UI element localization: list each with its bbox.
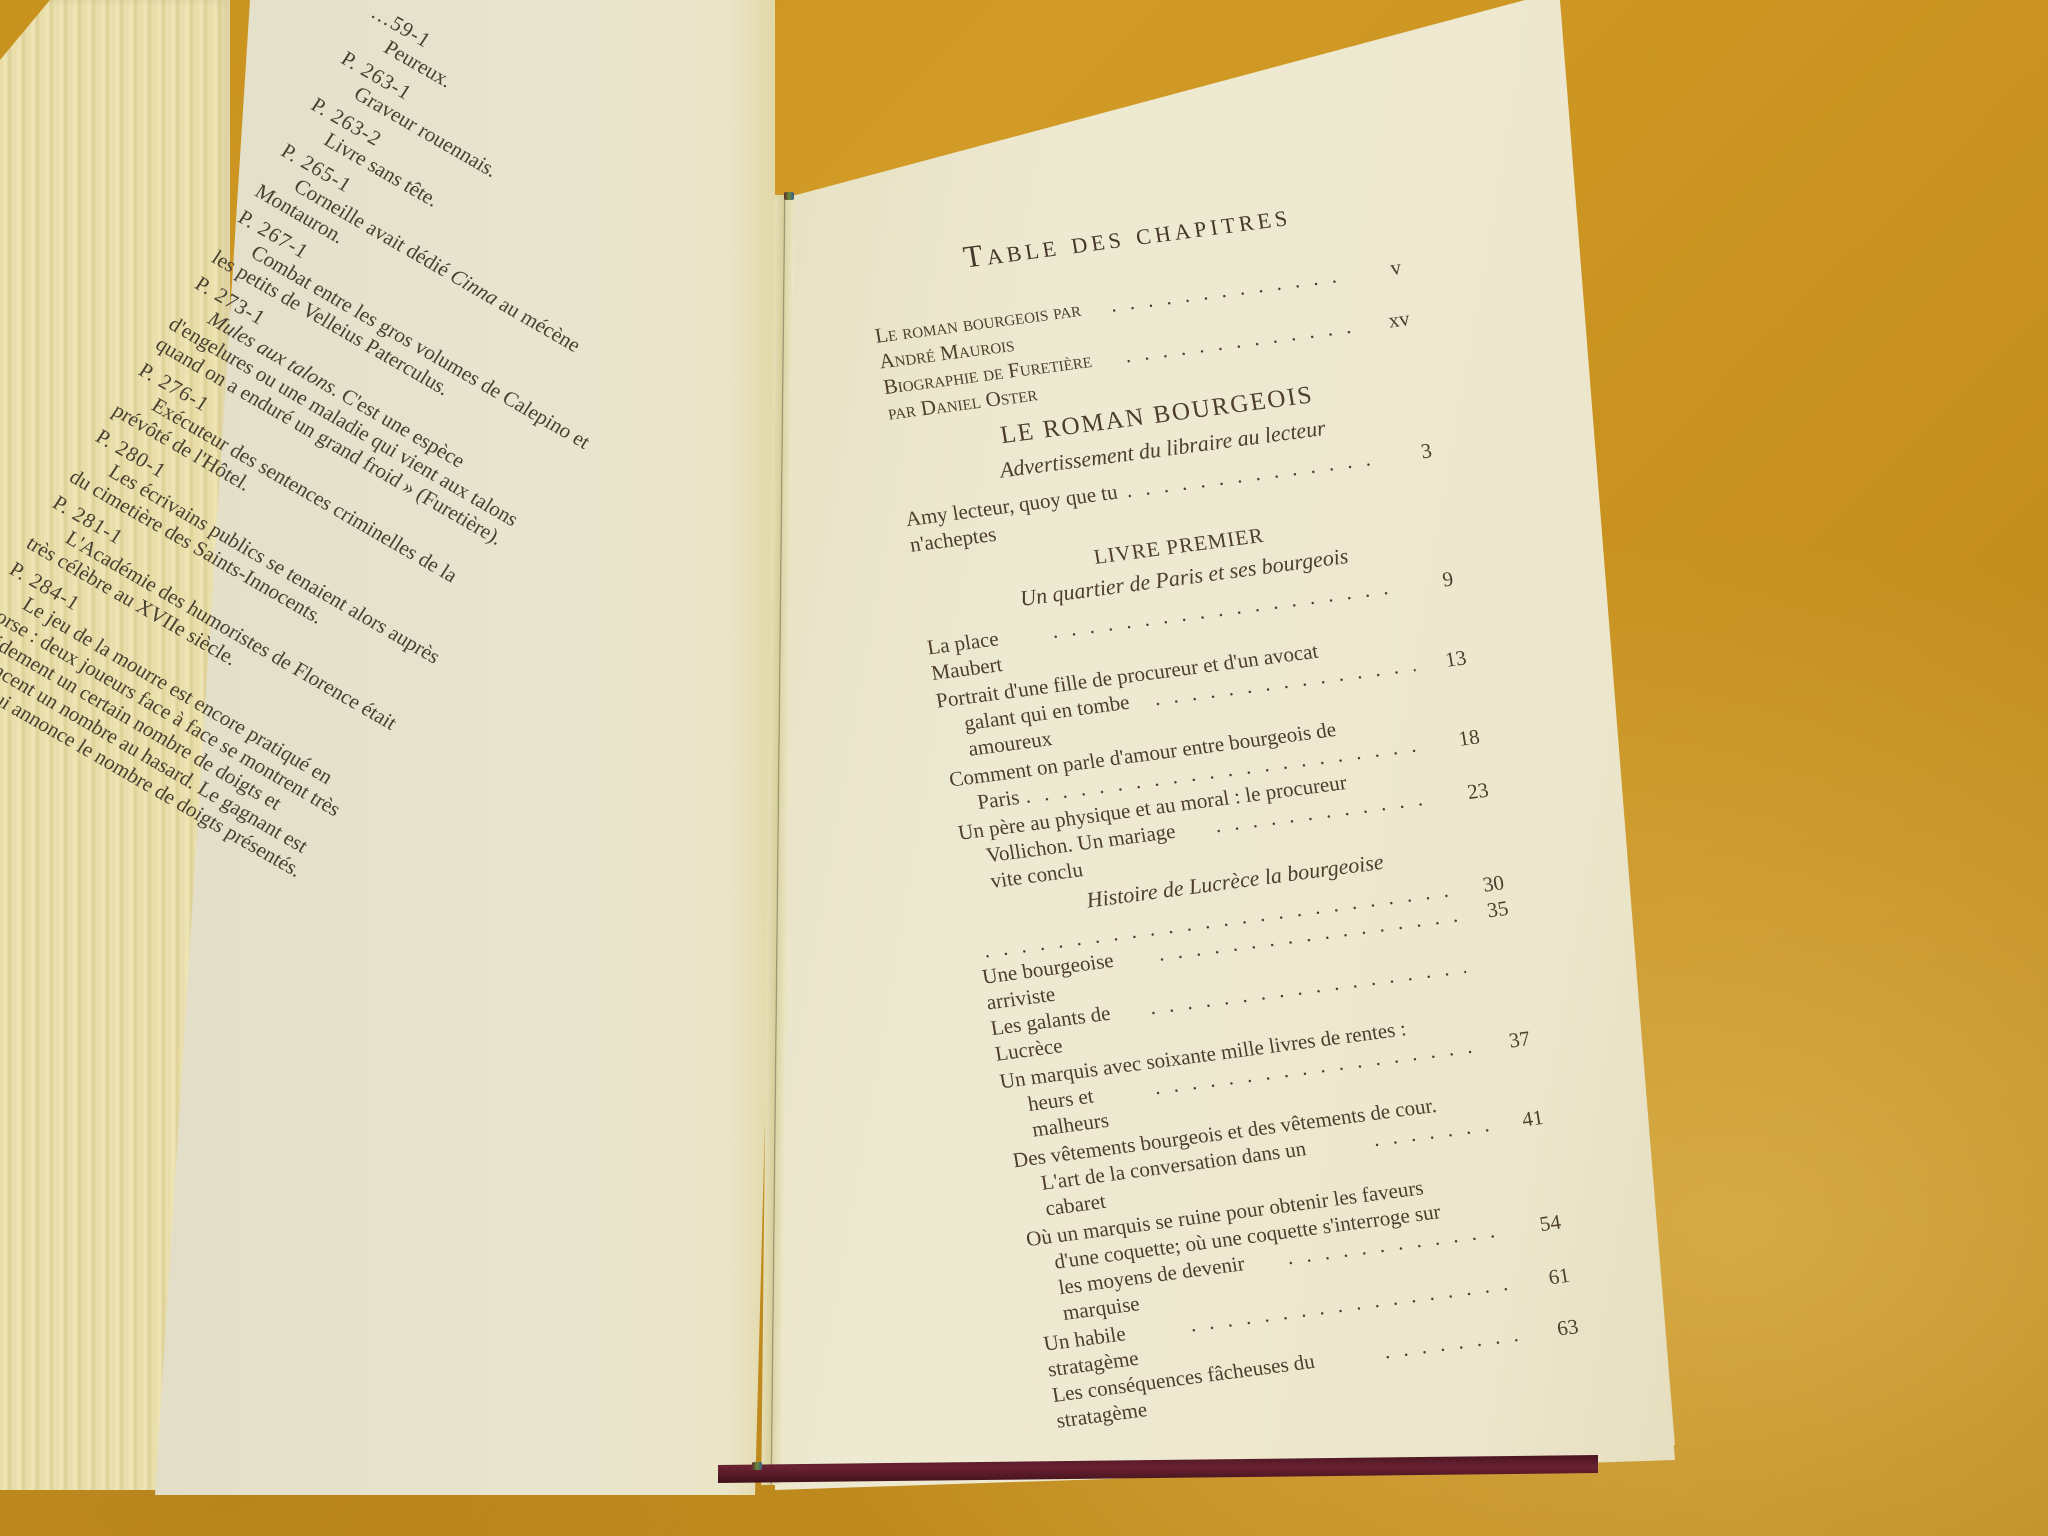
headband-top [784, 192, 794, 200]
headband-bottom [752, 1462, 762, 1470]
toc-entry-label-cont: Paris [975, 784, 1021, 815]
toc-page-number: v [1353, 254, 1403, 286]
toc-page-number: 18 [1432, 723, 1482, 755]
toc-page-number: 23 [1441, 777, 1491, 809]
toc-page-number: 3 [1384, 437, 1434, 469]
toc-page-number: 35 [1460, 895, 1510, 927]
leader-dots: . . . . . . . . . . . . . . . . . . . . [1108, 261, 1351, 318]
toc-page-number: xv [1362, 305, 1412, 337]
toc-page-number: 41 [1495, 1104, 1545, 1136]
toc-page-number: 63 [1530, 1313, 1580, 1345]
toc-page-number: 9 [1405, 566, 1455, 598]
toc-page-number: 54 [1513, 1209, 1563, 1241]
toc-page-number: 61 [1522, 1262, 1572, 1294]
toc-page-number: 13 [1418, 644, 1468, 676]
toc-page-number: 37 [1482, 1025, 1532, 1057]
toc-page-number [1472, 966, 1518, 972]
